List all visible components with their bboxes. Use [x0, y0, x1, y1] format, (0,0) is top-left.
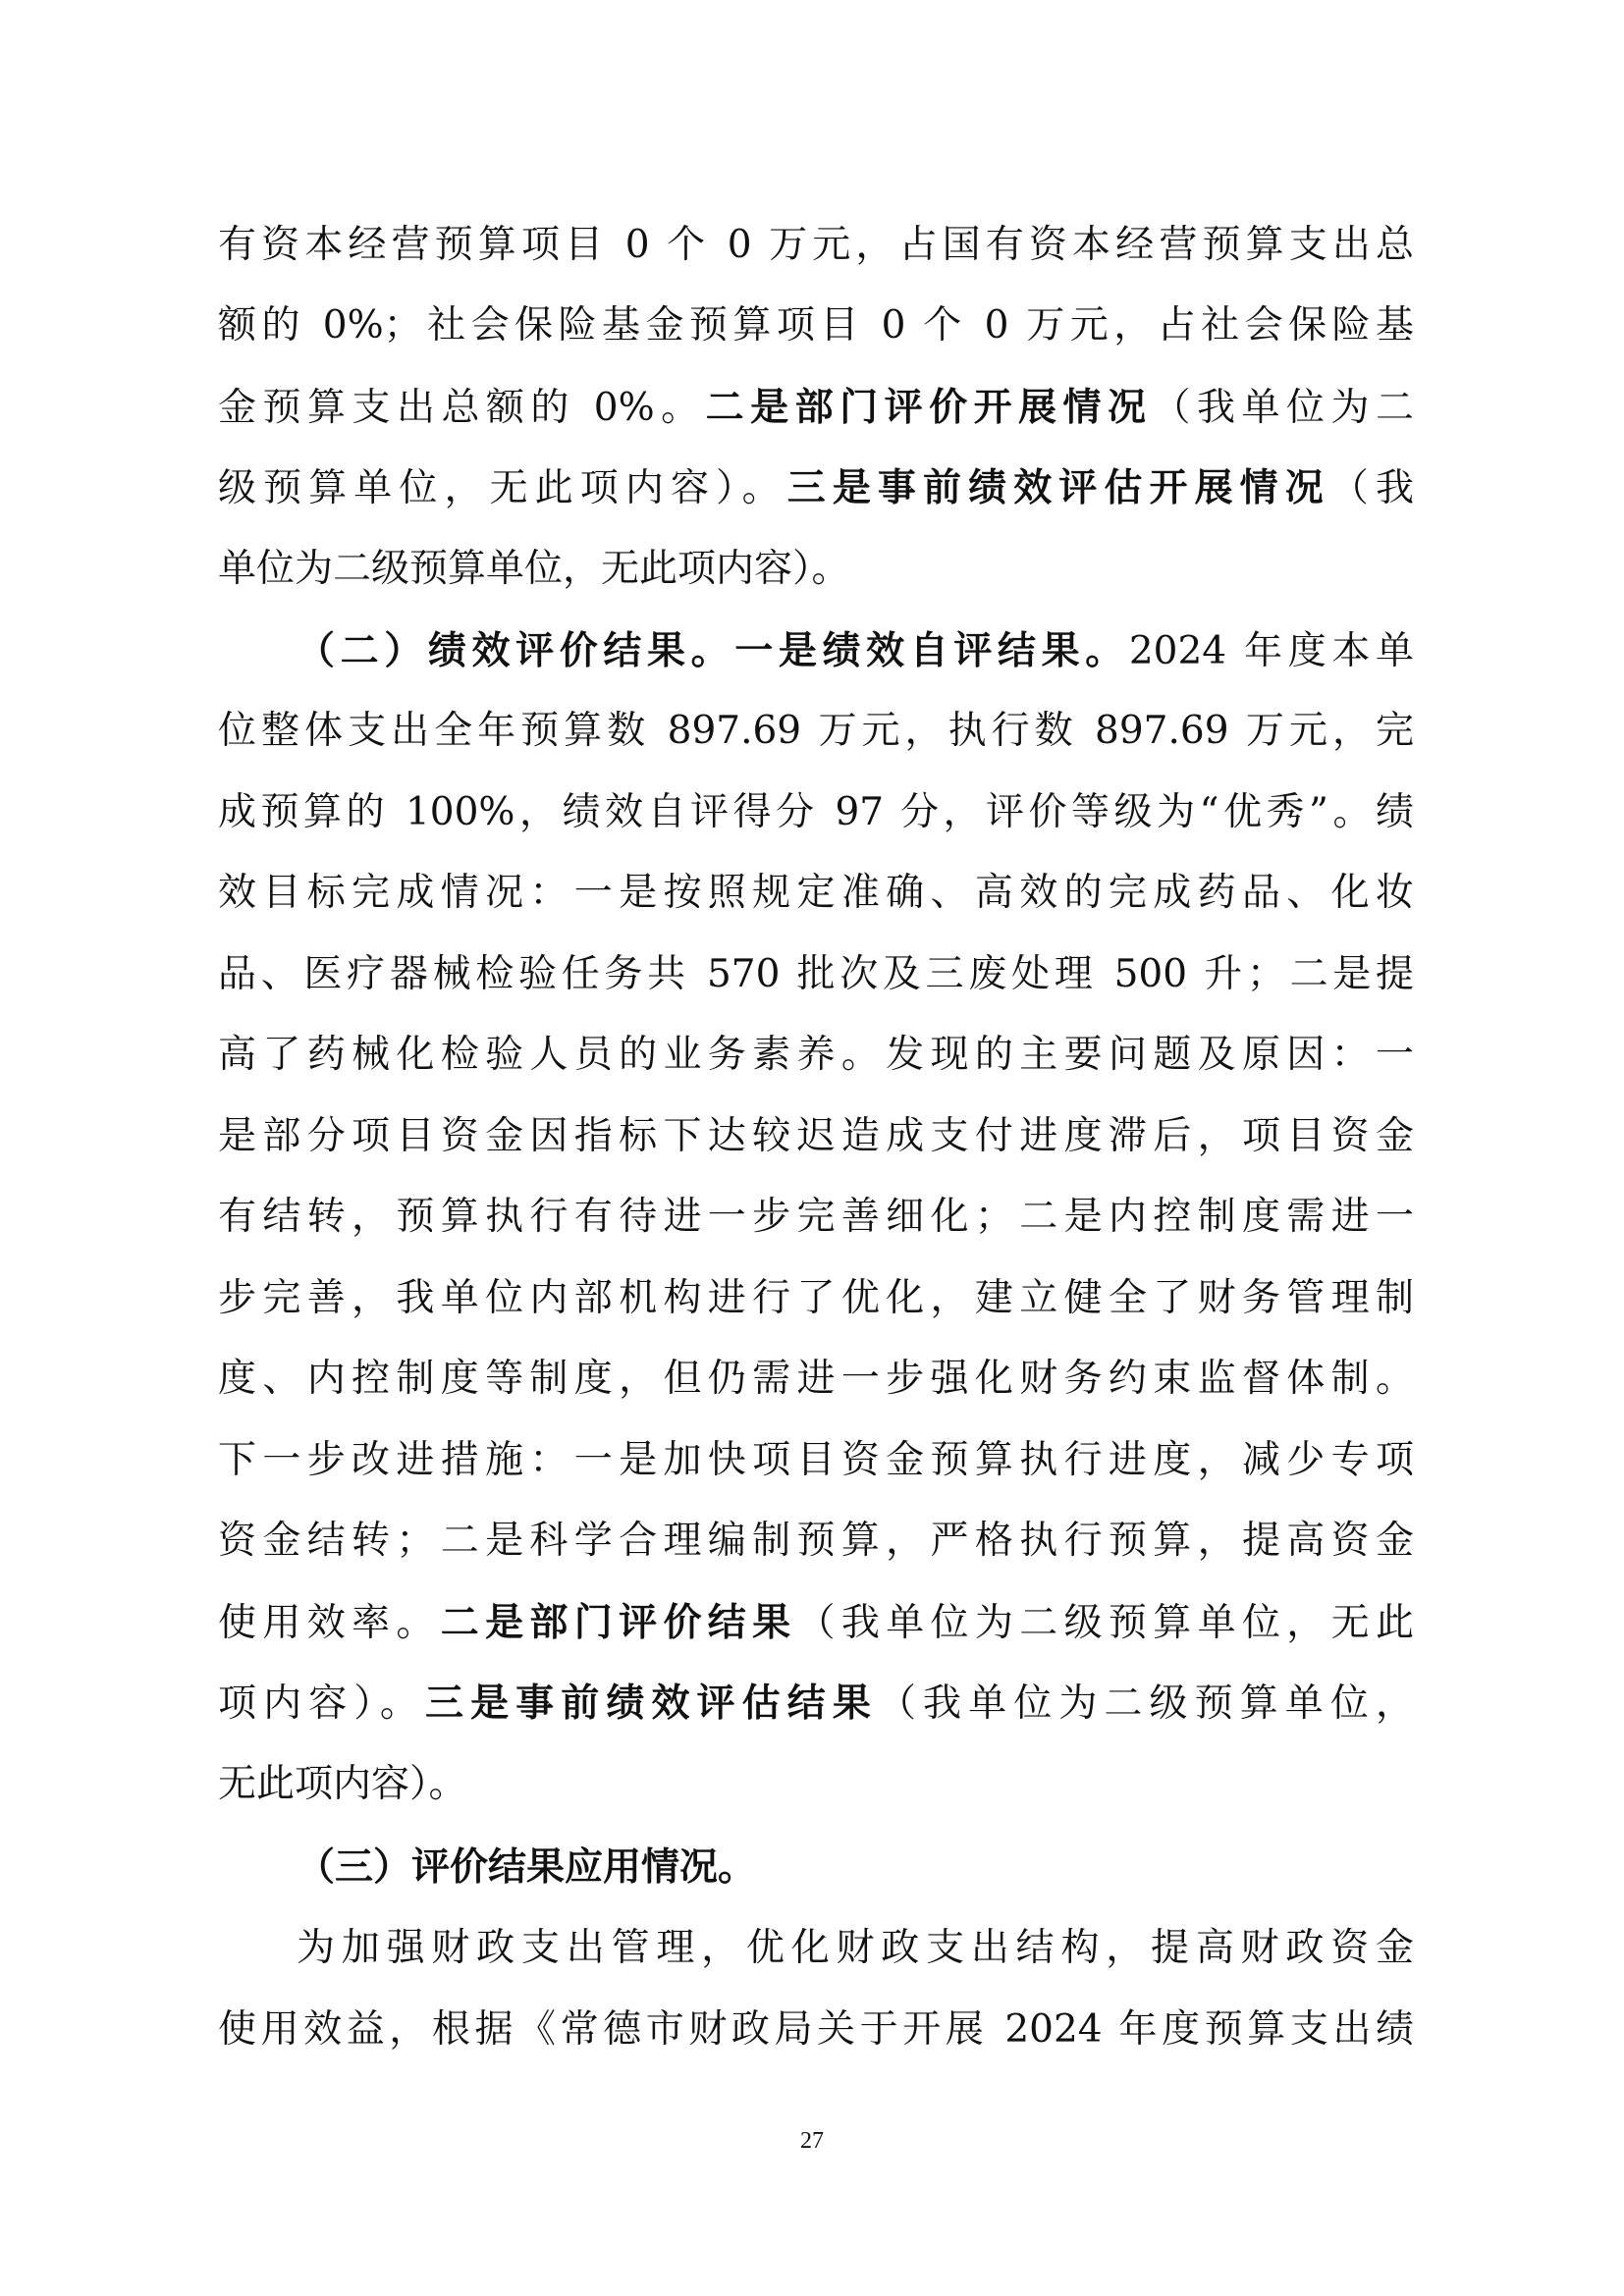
- text-segment: 为加强财政支出管理，优化财政支出结构，提高财政资金: [297, 1926, 1414, 1970]
- text-segment: 项内容）。: [218, 1682, 425, 1726]
- text-segment: 效目标完成情况：一是按照规定准确、高效的完成药品、化妆: [218, 871, 1414, 915]
- text-line: 金预算支出总额的 0%。二是部门评价开展情况（我单位为二: [218, 378, 1414, 437]
- text-segment: 使用效率。: [218, 1601, 441, 1645]
- text-segment: 度、内控制度等制度，但仍需进一步强化财务约束监督体制。: [218, 1357, 1414, 1401]
- text-segment: 位整体支出全年预算数 897.69 万元，执行数 897.69 万元，完: [218, 709, 1414, 753]
- bold-text-segment: 三是事前绩效评估开展情况: [787, 465, 1330, 510]
- text-line: 度、内控制度等制度，但仍需进一步强化财务约束监督体制。: [218, 1350, 1414, 1409]
- text-segment: （我: [1330, 466, 1414, 510]
- section-heading-2: （二）绩效评价结果。一是绩效自评结果。: [297, 628, 1129, 673]
- text-line: 使用效益，根据《常德市财政局关于开展 2024 年度预算支出绩: [218, 2001, 1414, 2059]
- text-line: 无此项内容）。: [218, 1755, 1414, 1814]
- text-line: 步完善，我单位内部机构进行了优化，建立健全了财务管理制: [218, 1269, 1414, 1328]
- text-line: 是部分项目资金因指标下达较迟造成支付进度滞后，项目资金: [218, 1107, 1414, 1166]
- text-segment: （我单位为二级预算单位，无此: [797, 1601, 1414, 1645]
- section-heading-line: （二）绩效评价结果。一是绩效自评结果。2024 年度本单: [297, 621, 1414, 680]
- text-line: 级预算单位，无此项内容）。三是事前绩效评估开展情况（我: [218, 458, 1414, 517]
- document-page: 有资本经营预算项目 0 个 0 万元，占国有资本经营预算支出总 额的 0%；社会…: [0, 0, 1624, 2296]
- text-line: 位整体支出全年预算数 897.69 万元，执行数 897.69 万元，完: [218, 702, 1414, 761]
- bold-text-segment: 二是部门评价开展情况: [706, 385, 1153, 430]
- bold-text-segment: 二是部门评价结果: [441, 1600, 797, 1645]
- text-segment: 金预算支出总额的 0%。: [218, 386, 706, 430]
- section-heading-3: （三）评价结果应用情况。: [297, 1844, 756, 1890]
- section-heading-line: （三）评价结果应用情况。: [297, 1838, 1414, 1896]
- text-segment: 是部分项目资金因指标下达较迟造成支付进度滞后，项目资金: [218, 1114, 1414, 1158]
- text-line: 品、医疗器械检验任务共 570 批次及三废处理 500 升；二是提: [218, 945, 1414, 1004]
- text-line: 项内容）。三是事前绩效评估结果（我单位为二级预算单位，: [218, 1674, 1414, 1733]
- text-segment: 高了药械化检验人员的业务素养。发现的主要问题及原因：一: [218, 1033, 1414, 1077]
- text-line: 资金结转；二是科学合理编制预算，严格执行预算，提高资金: [218, 1512, 1414, 1571]
- text-segment: 步完善，我单位内部机构进行了优化，建立健全了财务管理制: [218, 1276, 1414, 1320]
- text-segment: 成预算的 100%，绩效自评得分 97 分，评价等级为“优秀”。绩: [218, 790, 1414, 834]
- text-segment: （我单位为二级预算单位，: [878, 1682, 1414, 1726]
- text-line: 为加强财政支出管理，优化财政支出结构，提高财政资金: [297, 1919, 1414, 1978]
- text-segment: 有结转，预算执行有待进一步完善细化；二是内控制度需进一: [218, 1195, 1414, 1239]
- text-line: 下一步改进措施：一是加快项目资金预算执行进度，减少专项: [218, 1431, 1414, 1490]
- text-line: 高了药械化检验人员的业务素养。发现的主要问题及原因：一: [218, 1026, 1414, 1085]
- text-segment: 下一步改进措施：一是加快项目资金预算执行进度，减少专项: [218, 1438, 1414, 1482]
- text-segment: 额的 0%；社会保险基金预算项目 0 个 0 万元，占社会保险基: [218, 303, 1414, 347]
- text-segment: 单位为二级预算单位，无此项内容）。: [218, 547, 850, 591]
- text-segment: （我单位为二: [1153, 386, 1414, 430]
- text-line: 单位为二级预算单位，无此项内容）。: [218, 540, 1414, 599]
- text-line: 额的 0%；社会保险基金预算项目 0 个 0 万元，占社会保险基: [218, 296, 1414, 355]
- text-segment: 有资本经营预算项目 0 个 0 万元，占国有资本经营预算支出总: [218, 223, 1414, 267]
- text-line: 成预算的 100%，绩效自评得分 97 分，评价等级为“优秀”。绩: [218, 783, 1414, 842]
- text-line: 有资本经营预算项目 0 个 0 万元，占国有资本经营预算支出总: [218, 216, 1414, 275]
- page-number: 27: [0, 2128, 1624, 2155]
- text-segment: 品、医疗器械检验任务共 570 批次及三废处理 500 升；二是提: [218, 952, 1414, 996]
- text-line: 有结转，预算执行有待进一步完善细化；二是内控制度需进一: [218, 1188, 1414, 1247]
- text-segment: 资金结转；二是科学合理编制预算，严格执行预算，提高资金: [218, 1519, 1414, 1563]
- text-segment: 级预算单位，无此项内容）。: [218, 466, 787, 510]
- text-line: 使用效率。二是部门评价结果（我单位为二级预算单位，无此: [218, 1593, 1414, 1652]
- text-segment: 2024 年度本单: [1129, 629, 1414, 673]
- text-segment: 无此项内容）。: [218, 1762, 467, 1806]
- bold-text-segment: 三是事前绩效评估结果: [425, 1681, 878, 1726]
- text-segment: 使用效益，根据《常德市财政局关于开展 2024 年度预算支出绩: [218, 2007, 1414, 2052]
- text-line: 效目标完成情况：一是按照规定准确、高效的完成药品、化妆: [218, 864, 1414, 923]
